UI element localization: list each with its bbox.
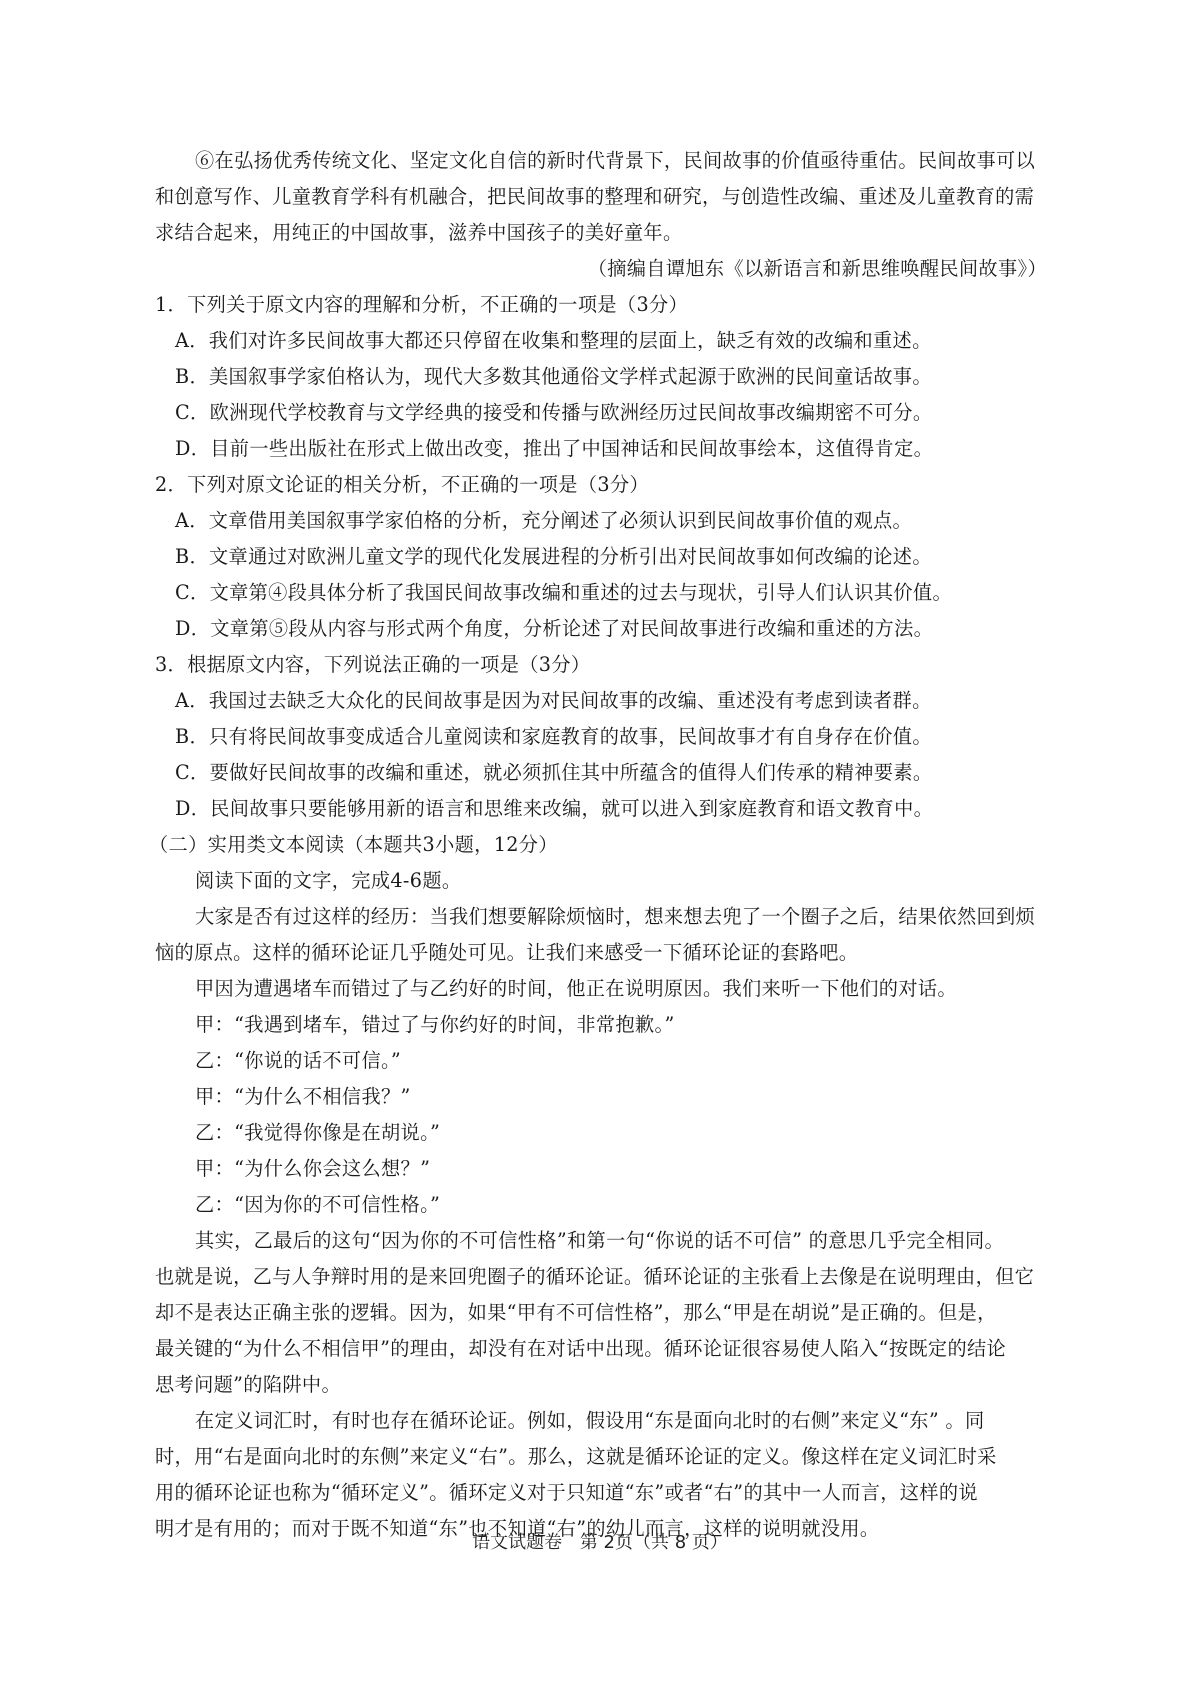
exam-page: ⑥在弘扬优秀传统文化、坚定文化自信的新时代背景下，民间故事的价值亟待重估。民间故… [155,143,1047,1547]
footer-subject: 语文试题卷 [472,1532,562,1553]
question-3: 3．根据原文内容，下列说法正确的一项是（3分） A．我国过去缺乏大众化的民间故事… [155,647,1047,827]
text-line: 时，用“右是面向北时的东侧”来定义“右”。那么，这就是循环论证的定义。像这样在定… [155,1439,1047,1475]
option-a: A．我们对许多民间故事大都还只停留在收集和整理的层面上，缺乏有效的改编和重述。 [155,323,1047,359]
option-a: A．我国过去缺乏大众化的民间故事是因为对民间故事的改编、重述没有考虑到读者群。 [155,683,1047,719]
option-b: B．只有将民间故事变成适合儿童阅读和家庭教育的故事，民间故事才有自身存在价值。 [155,719,1047,755]
text-line: 却不是表达正确主张的逻辑。因为，如果“甲有不可信性格”，那么“甲是在胡说”是正确… [155,1295,1047,1331]
text-line: 其实，乙最后的这句“因为你的不可信性格”和第一句“你说的话不可信” 的意思几乎完… [155,1223,1047,1259]
text-line: 在定义词汇时，有时也存在循环论证。例如，假设用“东是面向北时的右侧”来定义“东”… [155,1403,1047,1439]
option-d: D．文章第⑤段从内容与形式两个角度，分析论述了对民间故事进行改编和重述的方法。 [155,611,1047,647]
analysis-paragraph-1: 其实，乙最后的这句“因为你的不可信性格”和第一句“你说的话不可信” 的意思几乎完… [155,1223,1047,1403]
text-line: 求结合起来，用纯正的中国故事，滋养中国孩子的美好童年。 [155,215,1047,251]
option-b: B．美国叙事学家伯格认为，现代大多数其他通俗文学样式起源于欧洲的民间童话故事。 [155,359,1047,395]
question-stem: 2．下列对原文论证的相关分析，不正确的一项是（3分） [155,467,1047,503]
intro-paragraph: 大家是否有过这样的经历：当我们想要解除烦恼时，想来想去兜了一个圈子之后，结果依然… [155,899,1047,971]
setup-paragraph: 甲因为遭遇堵车而错过了与乙约好的时间，他正在说明原因。我们来听一下他们的对话。 [155,971,1047,1007]
text-line: 和创意写作、儿童教育学科有机融合，把民间故事的整理和研究，与创造性改编、重述及儿… [155,179,1047,215]
dialogue-line: 甲：“为什么你会这么想？” [155,1151,1047,1187]
text-line: 用的循环论证也称为“循环定义”。循环定义对于只知道“东”或者“右”的其中一人而言… [155,1475,1047,1511]
question-stem: 1．下列关于原文内容的理解和分析，不正确的一项是（3分） [155,287,1047,323]
option-c: C．要做好民间故事的改编和重述，就必须抓住其中所蕴含的值得人们传承的精神要素。 [155,755,1047,791]
option-d: D．目前一些出版社在形式上做出改变，推出了中国神话和民间故事绘本，这值得肯定。 [155,431,1047,467]
question-1: 1．下列关于原文内容的理解和分析，不正确的一项是（3分） A．我们对许多民间故事… [155,287,1047,467]
dialogue-line: 乙：“你说的话不可信。” [155,1043,1047,1079]
text-line: 思考问题”的陷阱中。 [155,1367,1047,1403]
dialogue-line: 乙：“因为你的不可信性格。” [155,1187,1047,1223]
text-line: 也就是说，乙与人争辩时用的是来回兜圈子的循环论证。循环论证的主张看上去像是在说明… [155,1259,1047,1295]
option-b: B．文章通过对欧洲儿童文学的现代化发展进程的分析引出对民间故事如何改编的论述。 [155,539,1047,575]
source-citation: （摘编自谭旭东《以新语言和新思维唤醒民间故事》） [155,251,1047,287]
text-line: 最关键的“为什么不相信甲”的理由，却没有在对话中出现。循环论证很容易使人陷入“按… [155,1331,1047,1367]
page-footer: 语文试题卷 第 2页（共 8 页） [0,1528,1200,1554]
option-a: A．文章借用美国叙事学家伯格的分析，充分阐述了必须认识到民间故事价值的观点。 [155,503,1047,539]
reading-instruction: 阅读下面的文字，完成4-6题。 [155,863,1047,899]
text-line: ⑥在弘扬优秀传统文化、坚定文化自信的新时代背景下，民间故事的价值亟待重估。民间故… [155,143,1047,179]
analysis-paragraph-2: 在定义词汇时，有时也存在循环论证。例如，假设用“东是面向北时的右侧”来定义“东”… [155,1403,1047,1547]
option-d: D．民间故事只要能够用新的语言和思维来改编，就可以进入到家庭教育和语文教育中。 [155,791,1047,827]
dialogue-line: 甲：“我遇到堵车，错过了与你约好的时间，非常抱歉。” [155,1007,1047,1043]
passage-paragraph-6: ⑥在弘扬优秀传统文化、坚定文化自信的新时代背景下，民间故事的价值亟待重估。民间故… [155,143,1047,251]
text-line: 大家是否有过这样的经历：当我们想要解除烦恼时，想来想去兜了一个圈子之后，结果依然… [155,899,1047,935]
question-stem: 3．根据原文内容，下列说法正确的一项是（3分） [155,647,1047,683]
option-c: C．文章第④段具体分析了我国民间故事改编和重述的过去与现状，引导人们认识其价值。 [155,575,1047,611]
footer-page-number: 第 2页（共 8 页） [580,1532,728,1553]
question-2: 2．下列对原文论证的相关分析，不正确的一项是（3分） A．文章借用美国叙事学家伯… [155,467,1047,647]
text-line: 恼的原点。这样的循环论证几乎随处可见。让我们来感受一下循环论证的套路吧。 [155,935,1047,971]
dialogue-line: 甲：“为什么不相信我？” [155,1079,1047,1115]
option-c: C．欧洲现代学校教育与文学经典的接受和传播与欧洲经历过民间故事改编期密不可分。 [155,395,1047,431]
dialogue: 甲：“我遇到堵车，错过了与你约好的时间，非常抱歉。” 乙：“你说的话不可信。” … [155,1007,1047,1223]
section-2: （二）实用类文本阅读（本题共3小题，12分） 阅读下面的文字，完成4-6题。 大… [155,827,1047,1547]
section-heading: （二）实用类文本阅读（本题共3小题，12分） [149,827,1047,863]
dialogue-line: 乙：“我觉得你像是在胡说。” [155,1115,1047,1151]
